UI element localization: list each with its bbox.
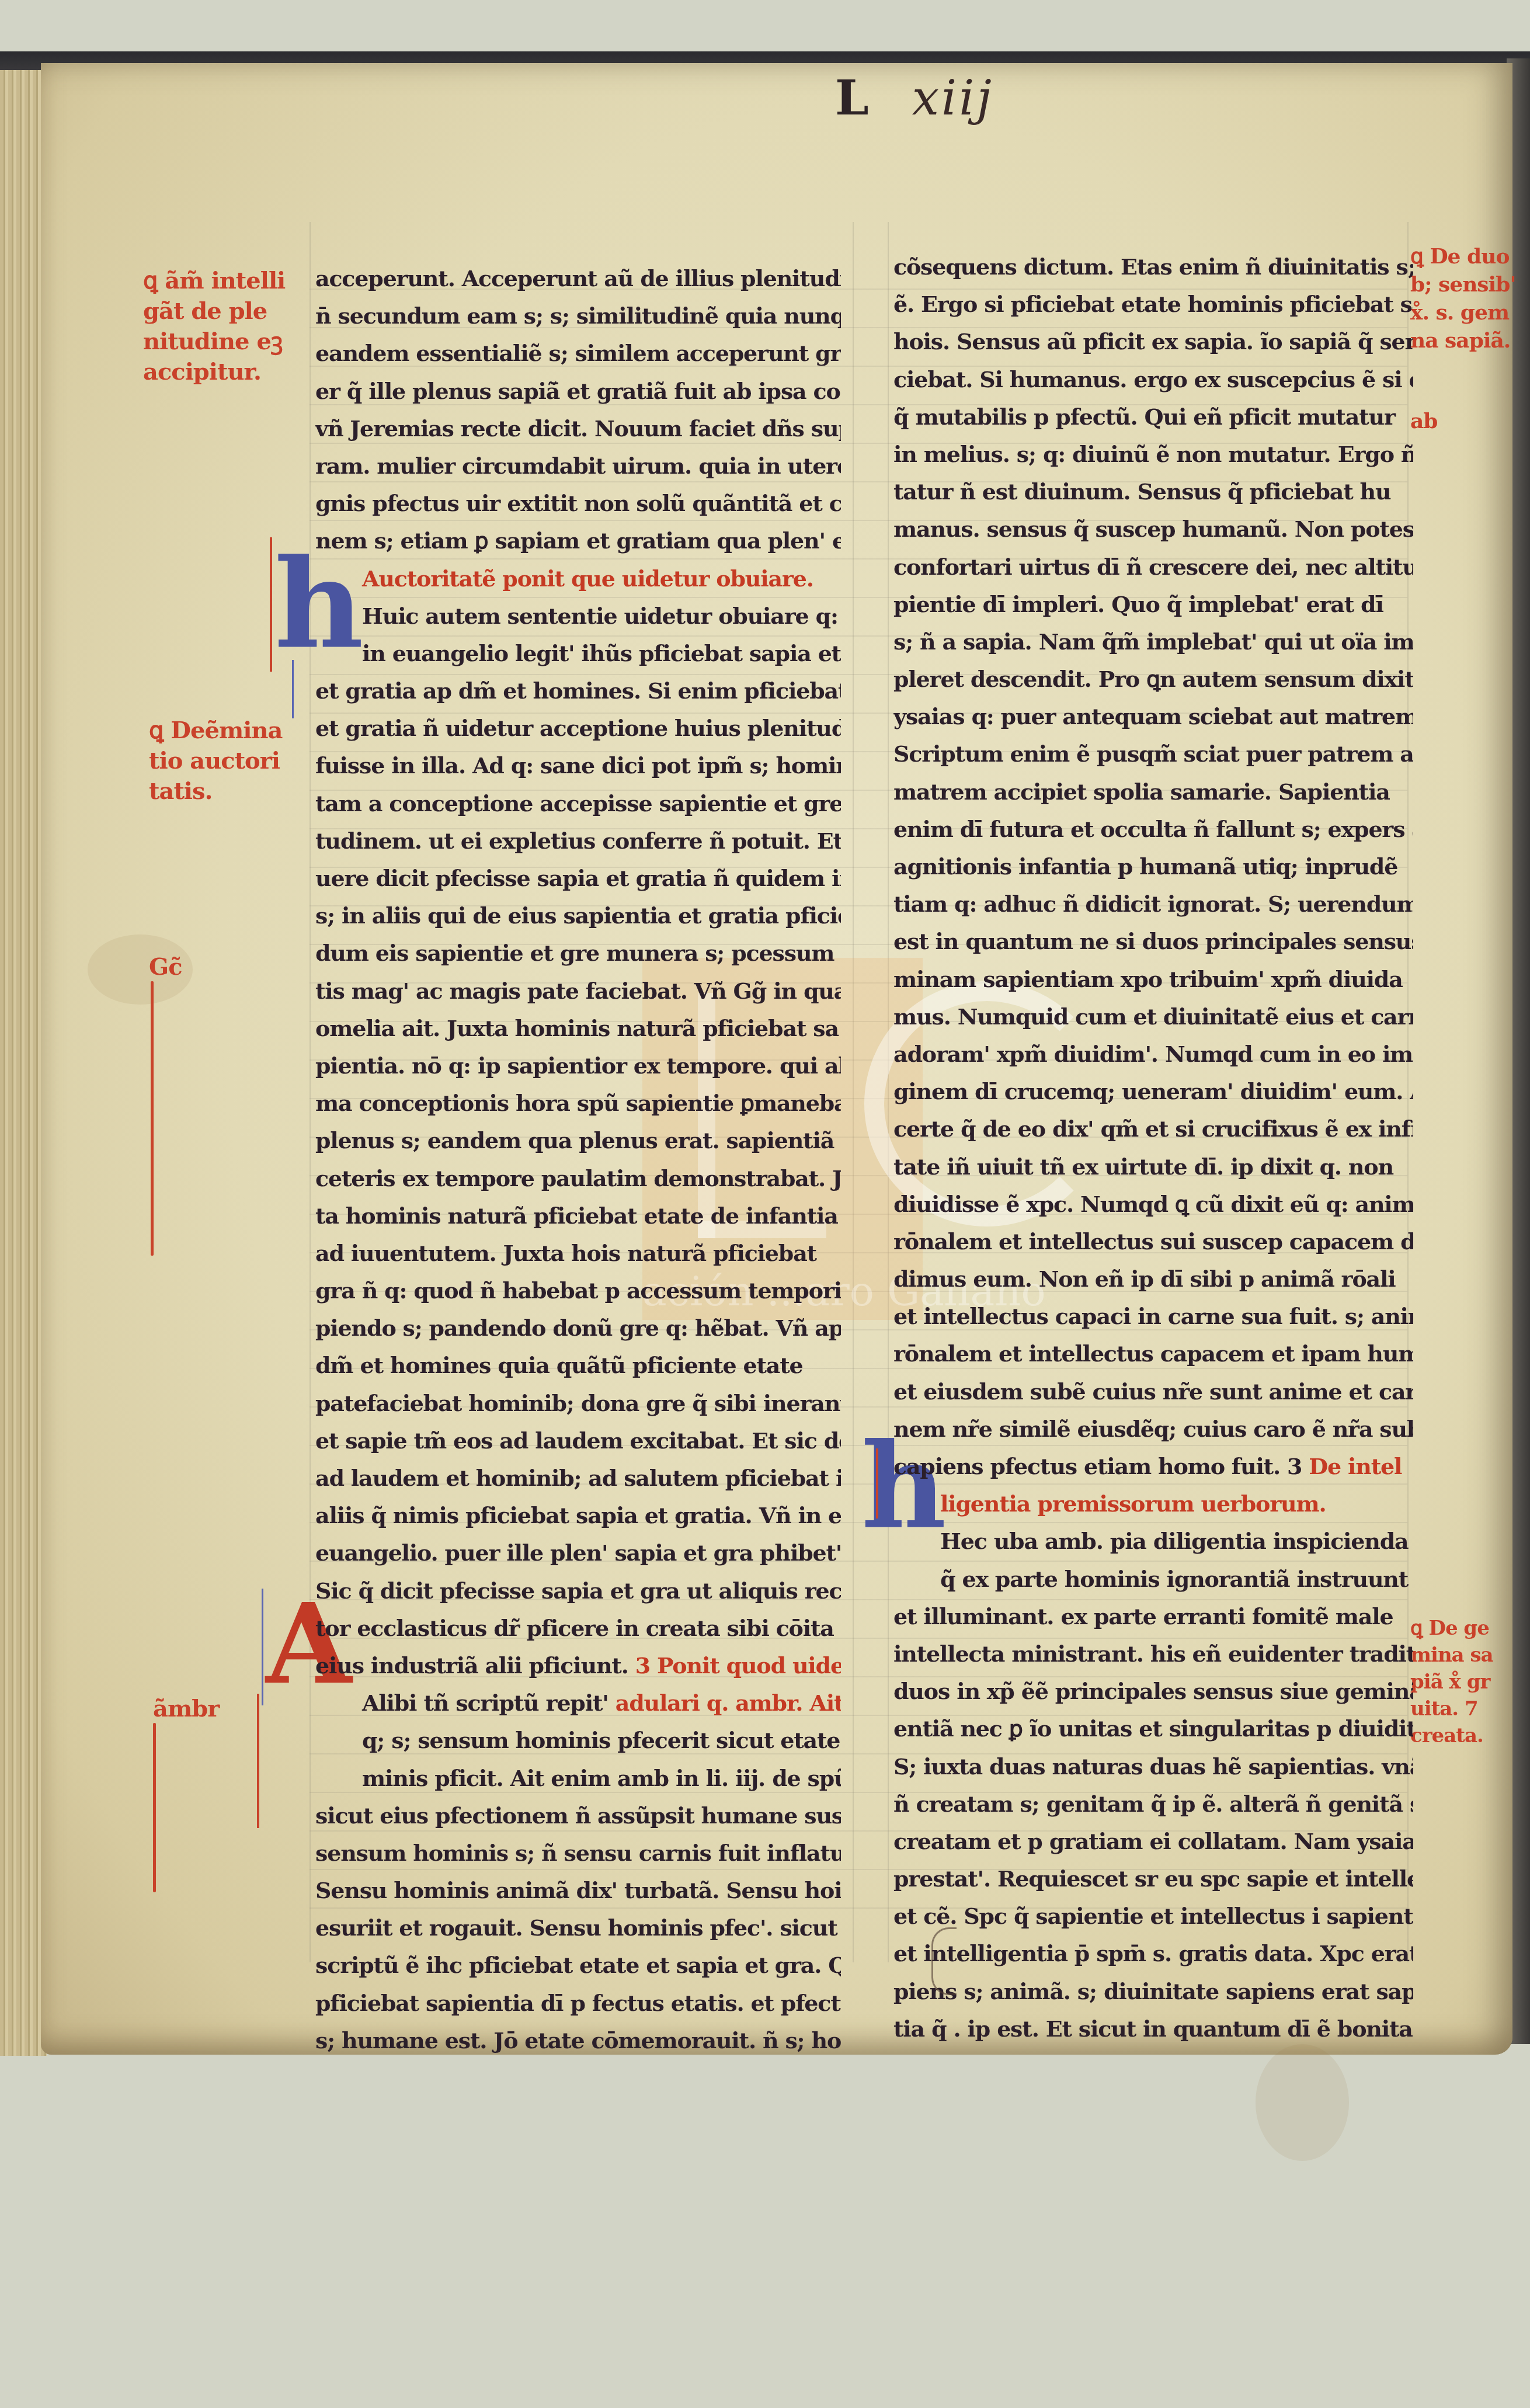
text-line: gra ñ q: quod ñ habebat p accessum tempo… bbox=[315, 1272, 841, 1309]
text-line: s; humane est. Jō etate cōmemorauit. ñ s… bbox=[315, 2022, 841, 2059]
margin-note-right-ab: ab bbox=[1410, 406, 1438, 436]
text-line: et sapie tm̃ eos ad laudem excitabat. Et… bbox=[315, 1422, 841, 1460]
text-line: duos in xp̃ ẽẽ principales sensus siue g… bbox=[893, 1673, 1413, 1710]
text-span: eius industriã alii pficiunt. bbox=[315, 1652, 635, 1679]
margin-note-line: ꝗ De duo bbox=[1410, 242, 1515, 270]
text-line: sicut eius pfectionem ñ assũpsit humane … bbox=[315, 1797, 841, 1834]
text-line: tatur ñ est diuinum. Sensus q̃ pficiebat… bbox=[893, 473, 1413, 510]
text-line: n̄ secundum eam s; s; similitudinẽ quia … bbox=[315, 297, 841, 335]
text-line: intellecta ministrant. his eñ euidenter … bbox=[893, 1635, 1413, 1673]
text-line: s; in aliis qui de eius sapientia et gra… bbox=[315, 897, 841, 934]
text-line: mus. Numquid cum et diuinitatẽ eius et c… bbox=[893, 998, 1413, 1036]
initial-flourish-blue bbox=[262, 1589, 263, 1705]
text-line: gnis pfectus uir extitit non solũ quãnti… bbox=[315, 485, 841, 522]
text-line: nem s; etiam ꝑ sapiam et gratiam qua ple… bbox=[315, 522, 841, 560]
text-line: Huic autem sententie uidetur obuiare q: … bbox=[315, 597, 841, 635]
text-line: confortari uirtus dī ñ crescere dei, nec… bbox=[893, 548, 1413, 586]
text-line: euangelio. puer ille plen' sapia et gra … bbox=[315, 1534, 841, 1572]
margin-note-line: uita. 7 bbox=[1410, 1695, 1493, 1722]
text-line: dm̃ et homines quia quãtũ pficiente etat… bbox=[315, 1347, 841, 1384]
margin-note-line: ꝗ Deẽmina bbox=[149, 715, 282, 746]
text-line: diuidisse ẽ xpc. Numqd ꝗ cũ dixit eũ q: … bbox=[893, 1186, 1413, 1223]
margin-bracket-gc bbox=[151, 981, 154, 1256]
text-line: agnitionis infantia p humanã utiq; inpru… bbox=[893, 848, 1413, 885]
text-line: omelia ait. Juxta hominis naturã pficieb… bbox=[315, 1010, 841, 1047]
text-line: hois. Sensus aũ pficit ex sapia. ĩo sapi… bbox=[893, 323, 1413, 360]
text-line: eius industriã alii pficiunt. 3 Ponit qu… bbox=[315, 1647, 841, 1684]
text-line: ad laudem et hominib; ad salutem pficieb… bbox=[315, 1460, 841, 1497]
text-line: plenus s; eandem qua plenus erat. sapien… bbox=[315, 1122, 841, 1159]
text-line: adoram' xpm̃ diuidim'. Numqd cum in eo i… bbox=[893, 1036, 1413, 1073]
text-line: acceperunt. Acceperunt aũ de illius plen… bbox=[315, 260, 841, 297]
text-line: er q̃ ille plenus sapiã̄ et gratiã fuit … bbox=[315, 373, 841, 410]
text-line: q̃ ex parte hominis ignorantiã instruunt bbox=[893, 1561, 1413, 1598]
margin-note-line: Gc̃ bbox=[149, 952, 182, 982]
parchment-repair-mark bbox=[931, 1927, 957, 1995]
text-line: pientie dī impleri. Quo q̃ implebat' era… bbox=[893, 586, 1413, 623]
text-line: minis pficit. Ait enim amb in li. iij. d… bbox=[315, 1760, 841, 1797]
text-line: uere dicit pfecisse sapia et gratia ñ qu… bbox=[315, 860, 841, 897]
text-line: manus. sensus q̃ suscep humanũ. Non pote… bbox=[893, 510, 1413, 548]
initial-flourish-red bbox=[876, 1448, 878, 1519]
text-line: ẽ. Ergo si pficiebat etate hominis pfici… bbox=[893, 286, 1413, 323]
text-column-left: acceperunt. Acceperunt aũ de illius plen… bbox=[315, 260, 841, 2059]
margin-note-line: creata. bbox=[1410, 1722, 1493, 1749]
text-line: minam sapientiam xpo tribuim' xpm̃ diuid… bbox=[893, 961, 1413, 998]
text-line: eandem essentialiẽ s; similem acceperunt… bbox=[315, 335, 841, 372]
rubric-heading: ligentia premissorum uerborum. bbox=[893, 1485, 1413, 1523]
margin-note-left-gc: Gc̃ bbox=[149, 952, 182, 982]
text-line: fuisse in illa. Ad q: sane dici pot ipm̃… bbox=[315, 747, 841, 784]
text-line: Sic q̃ dicit pfecisse sapia et gra ut al… bbox=[315, 1572, 841, 1610]
margin-note-line: piã x̊ gr bbox=[1410, 1669, 1493, 1695]
text-line: patefaciebat hominib; dona gre q̃ sibi i… bbox=[315, 1385, 841, 1422]
text-line: tudinem. ut ei expletius conferre ñ potu… bbox=[315, 822, 841, 860]
text-line: tam a conceptione accepisse sapientie et… bbox=[315, 785, 841, 822]
text-span: capiens pfectus etiam homo fuit. 3 bbox=[893, 1453, 1309, 1479]
margin-note-line: accipitur. bbox=[143, 357, 285, 387]
text-line: dum eis sapientie et gre munera s; pcess… bbox=[315, 934, 841, 972]
text-line: tiam q: adhuc ñ didicit ignorat. S; uere… bbox=[893, 885, 1413, 923]
text-line: Scriptum enim ẽ pusqm̃ sciat puer patrem… bbox=[893, 735, 1413, 773]
margin-note-line: na sapiã. bbox=[1410, 326, 1515, 355]
page-edges-left bbox=[0, 70, 47, 2056]
rubric-span: adulari q. ambr. Ait. bbox=[616, 1690, 841, 1716]
text-line: enim dī futura et occulta ñ fallunt s; e… bbox=[893, 811, 1413, 848]
text-line: aliis q̃ nimis pficiebat sapia et gratia… bbox=[315, 1497, 841, 1534]
text-span: Alibi tñ scriptũ repit' bbox=[362, 1690, 616, 1716]
text-line: tia q̃ . ip est. Et sicut in quantum dī … bbox=[893, 2010, 1413, 2048]
text-line: et intelligentia p̄ spm̄ s. gratis data.… bbox=[893, 1935, 1413, 1972]
margin-note-left-2: ꝗ Deẽmina tio auctori tatis. bbox=[149, 715, 282, 807]
text-line: ad iuuentutem. Juxta hois naturã pficieb… bbox=[315, 1235, 841, 1272]
folio-number: L xiij bbox=[835, 70, 994, 126]
text-line: entiã nec ꝑ ĩo unitas et singularitas p … bbox=[893, 1710, 1413, 1747]
text-line: et cẽ. Spc q̃ sapientie et intellectus i… bbox=[893, 1898, 1413, 1935]
text-line: tate iñ uiuit tñ ex uirtute dī. ip dixit… bbox=[893, 1148, 1413, 1186]
margin-note-line: ꝗ ãm̃ intelli bbox=[143, 266, 285, 296]
margin-note-right-2: ꝗ De ge mina sa piã x̊ gr uita. 7 creata… bbox=[1410, 1615, 1493, 1749]
text-line: pleret descendit. Pro ꝗn autem sensum di… bbox=[893, 661, 1413, 698]
text-line: matrem accipiet spolia samarie. Sapienti… bbox=[893, 773, 1413, 811]
text-line: et illuminant. ex parte erranti fomitẽ m… bbox=[893, 1598, 1413, 1635]
margin-bracket-ambr bbox=[153, 1723, 156, 1892]
text-line: Alibi tñ scriptũ repit' adulari q. ambr.… bbox=[315, 1684, 841, 1722]
text-line: S; iuxta duas naturas duas hẽ sapientias… bbox=[893, 1748, 1413, 1785]
initial-flourish-red bbox=[270, 537, 272, 672]
running-head-letter: L bbox=[835, 70, 871, 126]
margin-note-line: tio auctori bbox=[149, 746, 282, 776]
text-line: capiens pfectus etiam homo fuit. 3 De in… bbox=[893, 1448, 1413, 1485]
text-line: ciebat. Si humanus. ergo ex suscepcius ẽ… bbox=[893, 361, 1413, 398]
margin-note-line: nitudine eꝫ bbox=[143, 326, 285, 357]
initial-flourish-blue bbox=[292, 660, 294, 718]
text-column-right: cõsequens dictum. Etas enim ñ diuinitati… bbox=[893, 248, 1413, 2048]
text-line: piens s; animã. s; diuinitate sapiens er… bbox=[893, 1973, 1413, 2010]
margin-note-right-1: ꝗ De duo b; sensib' x̊. s. gem na sapiã. bbox=[1410, 242, 1515, 355]
text-line: dimus eum. Non eñ ip dī sibi p animã rōa… bbox=[893, 1260, 1413, 1298]
text-line: s; ñ a sapia. Nam q̃m̃ implebat' qui ut … bbox=[893, 623, 1413, 661]
margin-note-line: tatis. bbox=[149, 776, 282, 807]
text-line: q̃ mutabilis p pfectũ. Qui eñ pficit mut… bbox=[893, 398, 1413, 436]
text-line: Sensu hominis animã dix' turbatã. Sensu … bbox=[315, 1872, 841, 1909]
text-line: ram. mulier circumdabit uirum. quia in u… bbox=[315, 447, 841, 485]
margin-note-line: x̊. s. gem bbox=[1410, 298, 1515, 326]
folio-numeral: xiij bbox=[912, 71, 994, 126]
text-line: et gratia ñ uidetur acceptione huius ple… bbox=[315, 710, 841, 747]
rubric-heading: Auctoritatẽ ponit que uidetur obuiare. bbox=[315, 560, 841, 597]
text-line: Hec uba amb. pia diligentia inspicienda … bbox=[893, 1523, 1413, 1560]
text-span: Huic autem sententie uidetur obuiare q: bbox=[362, 603, 841, 629]
text-line: ceteris ex tempore paulatim demonstrabat… bbox=[315, 1160, 841, 1197]
text-line: sensum hominis s; ñ sensu carnis fuit in… bbox=[315, 1834, 841, 1872]
text-line: tis mag' ac magis pate faciebat. Vñ Gg̃ … bbox=[315, 972, 841, 1010]
margin-note-line: mina sa bbox=[1410, 1642, 1493, 1669]
text-line: pficiebat sapientia dī p fectus etatis. … bbox=[315, 1985, 841, 2022]
parchment-stain bbox=[1256, 2044, 1349, 2161]
text-line: ñ creatam s; genitam q̃ ip ẽ. alterã ñ g… bbox=[893, 1785, 1413, 1823]
text-line: cõsequens dictum. Etas enim ñ diuinitati… bbox=[893, 248, 1413, 286]
text-line: nem nr̃e similẽ eiusdẽq; cuius caro ẽ nr… bbox=[893, 1410, 1413, 1448]
margin-note-line: ꝗ De ge bbox=[1410, 1615, 1493, 1642]
initial-flourish-red bbox=[257, 1694, 259, 1828]
margin-note-left-1: ꝗ ãm̃ intelli gãt de ple nitudine eꝫ acc… bbox=[143, 266, 285, 387]
text-line: piendo s; pandendo donũ gre q: hẽbat. Vñ… bbox=[315, 1309, 841, 1347]
margin-note-line: ab bbox=[1410, 406, 1438, 436]
text-line: in euangelio legit' ihũs pficiebat sapia… bbox=[315, 635, 841, 672]
text-line: esuriit et rogauit. Sensu hominis pfec'.… bbox=[315, 1909, 841, 1947]
text-line: rōnalem et intellectus sui suscep capace… bbox=[893, 1223, 1413, 1260]
text-line: scriptũ ẽ ihc pficiebat etate et sapia e… bbox=[315, 1947, 841, 1984]
text-line: ginem dī crucemq; ueneram' diuidim' eum.… bbox=[893, 1073, 1413, 1110]
rubric-span: De intel bbox=[1309, 1453, 1402, 1479]
text-line: in melius. s; q: diuinũ ẽ non mutatur. E… bbox=[893, 436, 1413, 473]
text-line: et gratia ap dm̃ et homines. Si enim pfi… bbox=[315, 672, 841, 710]
text-line: et intellectus capaci in carne sua fuit.… bbox=[893, 1298, 1413, 1335]
text-line: est in quantum ne si duos principales se… bbox=[893, 923, 1413, 960]
text-line: ma conceptionis hora spũ sapientie ꝑmane… bbox=[315, 1085, 841, 1122]
margin-note-line: ãmbr bbox=[153, 1694, 219, 1724]
text-line: prestat'. Requiescet sr eu spc sapie et … bbox=[893, 1860, 1413, 1898]
margin-note-line: gãt de ple bbox=[143, 296, 285, 326]
margin-note-left-ambr: ãmbr bbox=[153, 1694, 219, 1724]
margin-note-line: b; sensib' bbox=[1410, 270, 1515, 298]
rubric-span: 3 Ponit quod uidet bbox=[635, 1652, 841, 1679]
text-line: vñ Jeremias recte dicit. Nouum faciet dñ… bbox=[315, 410, 841, 447]
text-line: creatam et p gratiam ei collatam. Nam ys… bbox=[893, 1823, 1413, 1860]
text-line: tor ecclasticus dr̃ pficere in creata si… bbox=[315, 1610, 841, 1647]
text-line: ysaias q: puer antequam sciebat aut matr… bbox=[893, 698, 1413, 735]
text-line: rōnalem et intellectus capacem et ipam h… bbox=[893, 1335, 1413, 1372]
text-line: q; s; sensum hominis pfecerit sicut etat… bbox=[315, 1722, 841, 1759]
text-line: et eiusdem subẽ cuius nr̃e sunt anime et… bbox=[893, 1373, 1413, 1410]
text-line: pientia. nō q: ip sapientior ex tempore.… bbox=[315, 1047, 841, 1085]
text-line: ta hominis naturã pficiebat etate de inf… bbox=[315, 1197, 841, 1235]
text-line: certe q̃ de eo dix' qm̃ et si crucifixus… bbox=[893, 1110, 1413, 1148]
